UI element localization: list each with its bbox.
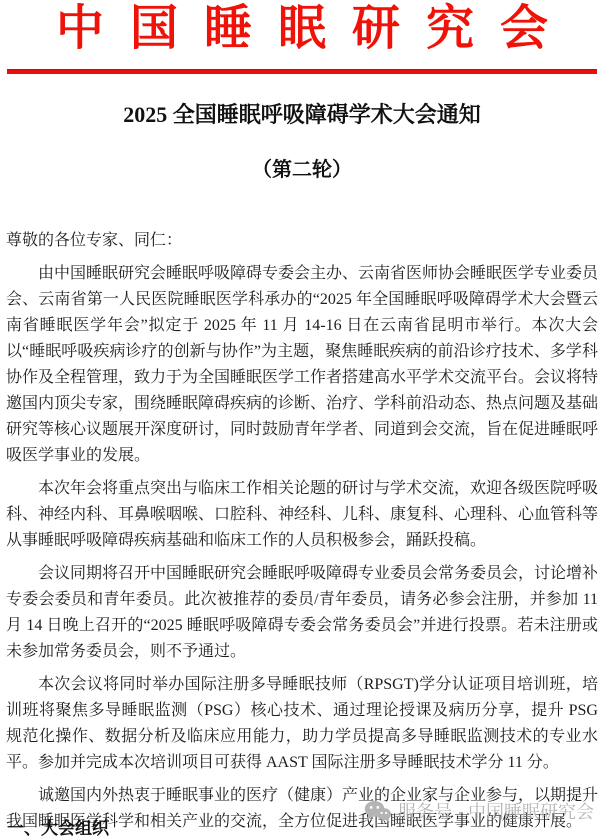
salutation-line: 尊敬的各位专家、同仁： [6,228,598,254]
body-paragraph: 会议同期将召开中国睡眠研究会睡眠呼吸障碍专业委员会常务委员会，讨论增补专委会委员… [6,561,598,665]
document-body: 尊敬的各位专家、同仁： 由中国睡眠研究会睡眠呼吸障碍专委会主办、云南省医师协会睡… [6,228,598,835]
section-heading-organization: 一、大会组织 [7,814,109,839]
wechat-account-label: 服务号 · 中国睡眠研究会 [398,798,594,824]
header-divider-rule [7,69,597,74]
wechat-icon [364,800,391,823]
document-round-label: （第二轮） [0,153,604,182]
document-page: 中国睡眠研究会 2025 全国睡眠呼吸障碍学术大会通知 （第二轮） 尊敬的各位专… [0,0,604,839]
wechat-account-watermark: 服务号 · 中国睡眠研究会 [364,798,594,824]
body-paragraph: 本次年会将重点突出与临床工作相关论题的研讨与学术交流，欢迎各级医院呼吸科、神经内… [6,476,598,554]
body-paragraph: 由中国睡眠研究会睡眠呼吸障碍专委会主办、云南省医师协会睡眠医学专业委员会、云南省… [6,261,598,469]
body-paragraph: 本次会议将同时举办国际注册多导睡眠技师（RPSGT)学分认证项目培训班，培训班将… [6,672,598,776]
document-title: 2025 全国睡眠呼吸障碍学术大会通知 [0,98,604,129]
org-name-header: 中国睡眠研究会 [0,3,604,56]
